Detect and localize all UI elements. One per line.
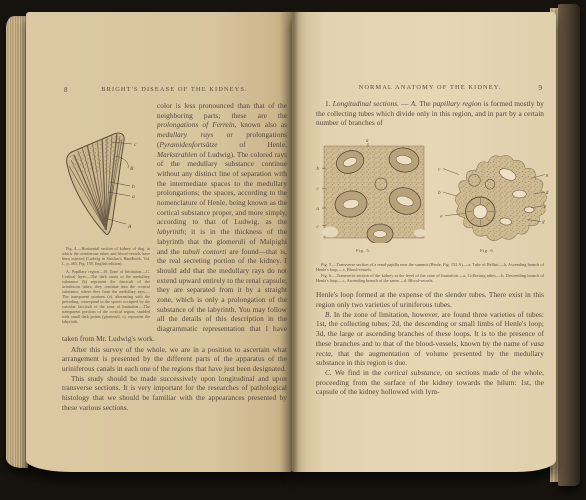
left-page: 8 BRIGHT'S DISEASE OF THE KIDNEYS.	[26, 12, 292, 472]
fig6-label-b2: b	[544, 205, 547, 210]
figure-6-label: Fig. 6.	[480, 248, 495, 253]
figures-caption: Fig. 5.—Transverse section of a renal pa…	[316, 262, 544, 283]
figure-4-caption-key: A. Papillary region.—B. Zone of limitati…	[62, 269, 150, 324]
papilla-section-illustration-fig5: a b c a c	[316, 135, 430, 243]
figures-5-6-block: a b c a c	[316, 135, 544, 259]
fan-label-b: b	[132, 184, 135, 190]
figure-5-caption: Fig. 5.—Transverse section of a renal pa…	[316, 262, 544, 273]
fan-label-a: a	[132, 194, 135, 200]
page-number-left: 8	[64, 86, 68, 94]
paragraph-medullary-rays: c B b a A Fig. 4.—Horizontal section of …	[62, 101, 287, 344]
paragraph-cortical-substance: C. We find in the cortical substance, on…	[316, 368, 544, 397]
kidney-fan-illustration: c B b a A	[62, 130, 150, 240]
book-spread: 8 BRIGHT'S DISEASE OF THE KIDNEYS.	[0, 0, 586, 500]
fan-label-B: B	[130, 166, 134, 172]
running-head-right-text: NORMAL ANATOMY OF THE KIDNEY.	[359, 84, 502, 91]
fig5-label-a-top: a	[366, 139, 369, 144]
running-head-right: NORMAL ANATOMY OF THE KIDNEY. 9	[316, 84, 544, 91]
fig5-label-c2: c	[317, 225, 320, 230]
limitation-zone-illustration-fig6: c b a a d b d	[434, 149, 552, 245]
paragraph-zone-of-limitation: B. In the zone of limitation, however, a…	[316, 310, 544, 368]
fan-cortical-stipple	[70, 135, 123, 174]
book-cover-right	[558, 4, 580, 486]
paragraph-survey: After this survey of the whole, we are i…	[62, 345, 287, 374]
right-page: NORMAL ANATOMY OF THE KIDNEY. 9 1. Longi…	[292, 12, 556, 472]
fig5-label-a: a	[317, 207, 320, 212]
fan-label-A: A	[127, 224, 132, 230]
figure-6-caption: Fig. 6.—Transverse section of the kidney…	[316, 273, 544, 284]
fig6-label-c: c	[438, 168, 441, 173]
running-head-left-text: BRIGHT'S DISEASE OF THE KIDNEYS.	[101, 86, 247, 93]
running-head-left: 8 BRIGHT'S DISEASE OF THE KIDNEYS.	[62, 86, 287, 93]
fig6-label-a: a	[440, 215, 443, 220]
page-number-right: 9	[539, 84, 543, 92]
figure-4-caption-source: Fig. 4.—Horizontal section of kidney of …	[62, 246, 150, 266]
fig6-label-d: d	[546, 191, 549, 196]
paragraph-henles-loop: Henle's loop formed at the expense of th…	[316, 290, 544, 309]
fig6-label-d2: d	[542, 221, 545, 226]
fig6-label-a2: a	[546, 174, 549, 179]
paragraph-study: This study should be made successively u…	[62, 374, 287, 413]
figure-5-label: Fig. 5.	[356, 248, 371, 253]
paragraph-longitudinal: 1. Longitudinal sections. — A. The papil…	[316, 99, 544, 128]
page-fore-edges-left	[6, 16, 28, 468]
fig6-label-b: b	[438, 191, 441, 196]
fig5-label-c: c	[317, 187, 320, 192]
figure-4: c B b a A Fig. 4.—Horizontal section of …	[62, 130, 150, 324]
fig5-label-b: b	[317, 167, 320, 172]
fan-label-c: c	[134, 142, 137, 148]
